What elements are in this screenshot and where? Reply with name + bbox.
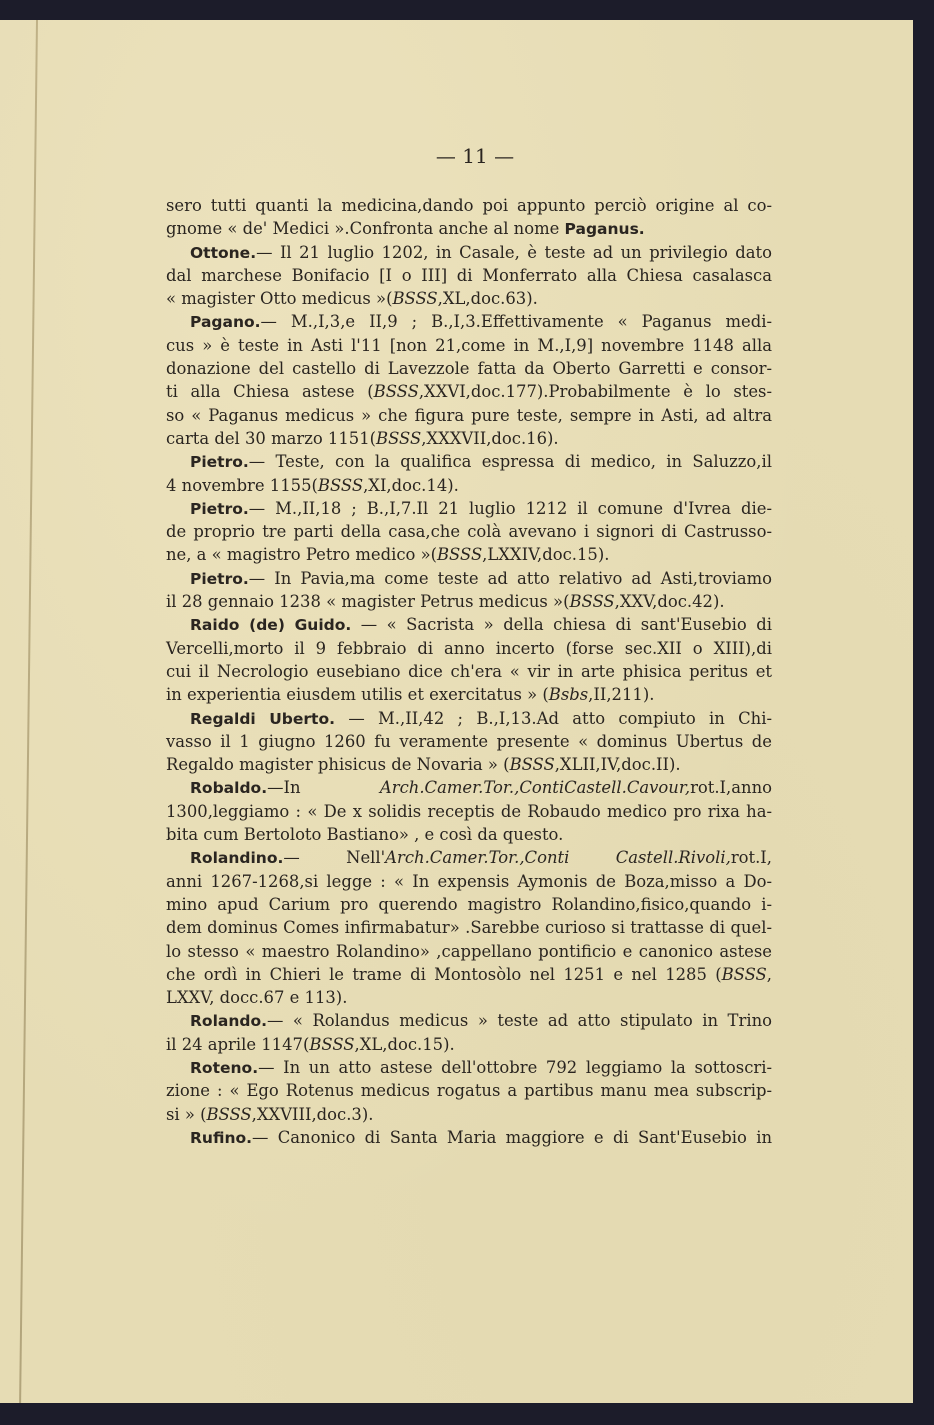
line-text-tail: rot.I,anno (690, 778, 772, 797)
line-text-tail: rot.I, (731, 848, 772, 867)
line-text: il 24 aprile 1147( (166, 1035, 309, 1054)
line-text: so « Paganus medicus » che figura pure t… (166, 406, 772, 425)
text-line: Pietro.— In Pavia,ma come teste ad atto … (166, 567, 772, 590)
text-line: Rolandino.— Nell'Arch.Camer.Tor.,Conti C… (166, 846, 772, 869)
text-line: vasso il 1 giugno 1260 fu veramente pres… (166, 730, 772, 753)
entry-robaldo: Robaldo.—In Arch.Camer.Tor.,ContiCastell… (166, 776, 772, 846)
text-line: gnome « de' Medici ».Confronta anche al … (166, 217, 772, 240)
text-line: ne, a « magistro Petro medico »(BSSS,LXX… (166, 543, 772, 566)
scanned-page-view: — 11 — sero tutti quanti la medicina,dan… (0, 0, 934, 1425)
text-line: Pietro.— M.,II,18 ; B.,I,7.Il 21 luglio … (166, 497, 772, 520)
text-line: zione : « Ego Rotenus medicus rogatus a … (166, 1079, 772, 1102)
text-line: carta del 30 marzo 1151(BSSS,XXXVII,doc.… (166, 427, 772, 450)
text-line: dal marchese Bonifacio [I o III] di Monf… (166, 264, 772, 287)
entry-name: Pietro. (190, 453, 249, 471)
line-text: dal marchese Bonifacio [I o III] di Monf… (166, 266, 772, 285)
text-line: dem dominus Comes infirmabatur» .Sarebbe… (166, 916, 772, 939)
line-text: 1300,leggiamo : « De x solidis receptis … (166, 802, 772, 821)
text-line: si » (BSSS,XXVIII,doc.3). (166, 1103, 772, 1126)
entry-roteno: Roteno.— In un atto astese dell'ottobre … (166, 1056, 772, 1126)
entry-pagano: Pagano.— M.,I,3,e II,9 ; B.,I,3.Effettiv… (166, 310, 772, 450)
page-body-text: sero tutti quanti la medicina,dando poi … (166, 194, 772, 1149)
line-text: bita cum Bertoloto Bastiano» , e così da… (166, 825, 563, 844)
text-line: mino apud Carium pro querendo magistro R… (166, 893, 772, 916)
entry-pietro: Pietro.— Teste, con la qualifica espress… (166, 450, 772, 497)
line-text: —In (267, 778, 380, 797)
line-text: mino apud Carium pro querendo magistro R… (166, 895, 772, 914)
line-text: sero tutti quanti la medicina,dando poi … (166, 196, 772, 215)
line-text: Vercelli,morto il 9 febbraio di anno inc… (166, 639, 772, 658)
line-text: gnome « de' Medici ».Confronta anche al … (166, 219, 565, 238)
line-text: zione : « Ego Rotenus medicus rogatus a … (166, 1081, 772, 1100)
text-line: Regaldo magister phisicus de Novaria » (… (166, 753, 772, 776)
line-text: — M.,I,3,e II,9 ; B.,I,3.Effettivamente … (261, 312, 772, 331)
text-line: Pietro.— Teste, con la qualifica espress… (166, 450, 772, 473)
line-text: 4 novembre 1155( (166, 476, 318, 495)
line-text: — Canonico di Santa Maria maggiore e di … (252, 1128, 772, 1147)
text-line: che ordì in Chieri le trame di Montosòlo… (166, 963, 772, 986)
line-text: de proprio tre parti della casa,che colà… (166, 522, 772, 541)
line-text: che ordì in Chieri le trame di Montosòlo… (166, 965, 722, 984)
line-text: — Teste, con la qualifica espressa di me… (249, 452, 772, 471)
text-line: LXXV, docc.67 e 113). (166, 986, 772, 1009)
italic-citation: Arch.Camer.Tor.,ContiCastell.Cavour, (380, 778, 690, 797)
line-text: cus » è teste in Asti l'11 [non 21,come … (166, 336, 772, 355)
italic-citation: Bsbs (549, 685, 588, 704)
entry-name: Robaldo. (190, 779, 267, 797)
line-text: lo stesso « maestro Rolandino» ,cappella… (166, 942, 772, 961)
entry-raido-de-guido: Raido (de) Guido. — « Sacrista » della c… (166, 613, 772, 706)
text-line: ti alla Chiesa astese (BSSS,XXVI,doc.177… (166, 380, 772, 403)
italic-citation: BSSS (392, 289, 437, 308)
line-text: cui il Necrologio eusebiano dice ch'era … (166, 662, 772, 681)
line-text-tail: ,LXXIV,doc.15). (482, 545, 609, 564)
italic-citation: BSSS (309, 1035, 354, 1054)
line-text-tail: ,XL,doc.15). (355, 1035, 455, 1054)
line-text: — M.,II,18 ; B.,I,7.Il 21 luglio 1212 il… (249, 499, 772, 518)
text-line: in experientia eiusdem utilis et exercit… (166, 683, 772, 706)
entry-name: Pietro. (190, 500, 249, 518)
text-line: il 24 aprile 1147(BSSS,XL,doc.15). (166, 1033, 772, 1056)
entry-rufino: Rufino.— Canonico di Santa Maria maggior… (166, 1126, 772, 1149)
text-line: Raido (de) Guido. — « Sacrista » della c… (166, 613, 772, 636)
text-line: Roteno.— In un atto astese dell'ottobre … (166, 1056, 772, 1079)
line-text: anni 1267-1268,si legge : « In expensis … (166, 872, 772, 891)
text-line: 1300,leggiamo : « De x solidis receptis … (166, 800, 772, 823)
italic-citation: Arch.Camer.Tor.,Conti Castell.Rivoli, (385, 848, 731, 867)
line-text: carta del 30 marzo 1151( (166, 429, 376, 448)
line-text-tail: ,XXV,doc.42). (615, 592, 725, 611)
text-line: de proprio tre parti della casa,che colà… (166, 520, 772, 543)
line-text-tail: ,XXVI,doc.177).Probabilmente è lo stes- (419, 382, 772, 401)
text-line: il 28 gennaio 1238 « magister Petrus med… (166, 590, 772, 613)
italic-citation: BSSS (437, 545, 482, 564)
italic-citation: BSSS (374, 382, 419, 401)
line-text: — « Rolandus medicus » teste ad atto sti… (267, 1011, 772, 1030)
text-line: sero tutti quanti la medicina,dando poi … (166, 194, 772, 217)
entry-name: Roteno. (190, 1059, 258, 1077)
text-line: Vercelli,morto il 9 febbraio di anno inc… (166, 637, 772, 660)
italic-citation: BSSS (722, 965, 767, 984)
line-text: LXXV, docc.67 e 113). (166, 988, 347, 1007)
text-line: bita cum Bertoloto Bastiano» , e così da… (166, 823, 772, 846)
line-text: — « Sacrista » della chiesa di sant'Euse… (351, 615, 772, 634)
text-line: Robaldo.—In Arch.Camer.Tor.,ContiCastell… (166, 776, 772, 799)
entry-rolando: Rolando.— « Rolandus medicus » teste ad … (166, 1009, 772, 1056)
text-line: Ottone.— Il 21 luglio 1202, in Casale, è… (166, 241, 772, 264)
text-line: « magister Otto medicus »(BSSS,XL,doc.63… (166, 287, 772, 310)
line-text: si » ( (166, 1105, 207, 1124)
entry-name: Pietro. (190, 570, 249, 588)
text-line: lo stesso « maestro Rolandino» ,cappella… (166, 940, 772, 963)
italic-citation: BSSS (510, 755, 555, 774)
entry-name: Rolandino. (190, 849, 283, 867)
entry-name: Regaldi Uberto. (190, 710, 335, 728)
line-text-tail: ,XXXVII,doc.16). (421, 429, 558, 448)
line-text-tail: ,XXVIII,doc.3). (252, 1105, 374, 1124)
text-line: Regaldi Uberto. — M.,II,42 ; B.,I,13.Ad … (166, 707, 772, 730)
line-text: — Il 21 luglio 1202, in Casale, è teste … (256, 243, 772, 262)
entry-name: Raido (de) Guido. (190, 616, 351, 634)
line-text: ne, a « magistro Petro medico »( (166, 545, 437, 564)
entry-pietro: Pietro.— In Pavia,ma come teste ad atto … (166, 567, 772, 614)
line-text-tail: ,II,211). (588, 685, 654, 704)
entry-ottone: Ottone.— Il 21 luglio 1202, in Casale, è… (166, 241, 772, 311)
entry-pietro: Pietro.— M.,II,18 ; B.,I,7.Il 21 luglio … (166, 497, 772, 567)
entry-name: Pagano. (190, 313, 261, 331)
text-line: Pagano.— M.,I,3,e II,9 ; B.,I,3.Effettiv… (166, 310, 772, 333)
line-text-tail: ,XL,doc.63). (438, 289, 538, 308)
line-text: ti alla Chiesa astese ( (166, 382, 374, 401)
line-text: — In un atto astese dell'ottobre 792 leg… (258, 1058, 772, 1077)
page-number: — 11 — (0, 144, 934, 168)
italic-citation: BSSS (207, 1105, 252, 1124)
text-line: Rufino.— Canonico di Santa Maria maggior… (166, 1126, 772, 1149)
text-line: cus » è teste in Asti l'11 [non 21,come … (166, 334, 772, 357)
entry-name: Rolando. (190, 1012, 267, 1030)
entry-name: Rufino. (190, 1129, 252, 1147)
text-line: anni 1267-1268,si legge : « In expensis … (166, 870, 772, 893)
line-text: — Nell' (283, 848, 385, 867)
text-line: donazione del castello di Lavezzole fatt… (166, 357, 772, 380)
entry-name: Ottone. (190, 244, 256, 262)
text-line: 4 novembre 1155(BSSS,XI,doc.14). (166, 474, 772, 497)
line-text: Regaldo magister phisicus de Novaria » ( (166, 755, 510, 774)
line-text-tail: ,XI,doc.14). (363, 476, 459, 495)
bold-reference: Paganus. (565, 220, 645, 238)
line-text: in experientia eiusdem utilis et exercit… (166, 685, 549, 704)
text-line: Rolando.— « Rolandus medicus » teste ad … (166, 1009, 772, 1032)
text-line: so « Paganus medicus » che figura pure t… (166, 404, 772, 427)
line-text-tail: , (767, 965, 772, 984)
line-text: — In Pavia,ma come teste ad atto relativ… (249, 569, 772, 588)
italic-citation: BSSS (376, 429, 421, 448)
line-text-tail: ,XLII,IV,doc.II). (555, 755, 681, 774)
italic-citation: BSSS (318, 476, 363, 495)
text-line: cui il Necrologio eusebiano dice ch'era … (166, 660, 772, 683)
line-text: « magister Otto medicus »( (166, 289, 392, 308)
entry-rolandino: Rolandino.— Nell'Arch.Camer.Tor.,Conti C… (166, 846, 772, 1009)
line-text: il 28 gennaio 1238 « magister Petrus med… (166, 592, 569, 611)
line-text: vasso il 1 giugno 1260 fu veramente pres… (166, 732, 772, 751)
line-text: — M.,II,42 ; B.,I,13.Ad atto compiuto in… (335, 709, 772, 728)
line-text: donazione del castello di Lavezzole fatt… (166, 359, 772, 378)
entry-continuation: sero tutti quanti la medicina,dando poi … (166, 194, 772, 241)
line-text: dem dominus Comes infirmabatur» .Sarebbe… (166, 918, 772, 937)
italic-citation: BSSS (569, 592, 614, 611)
entry-regaldi-uberto: Regaldi Uberto. — M.,II,42 ; B.,I,13.Ad … (166, 707, 772, 777)
